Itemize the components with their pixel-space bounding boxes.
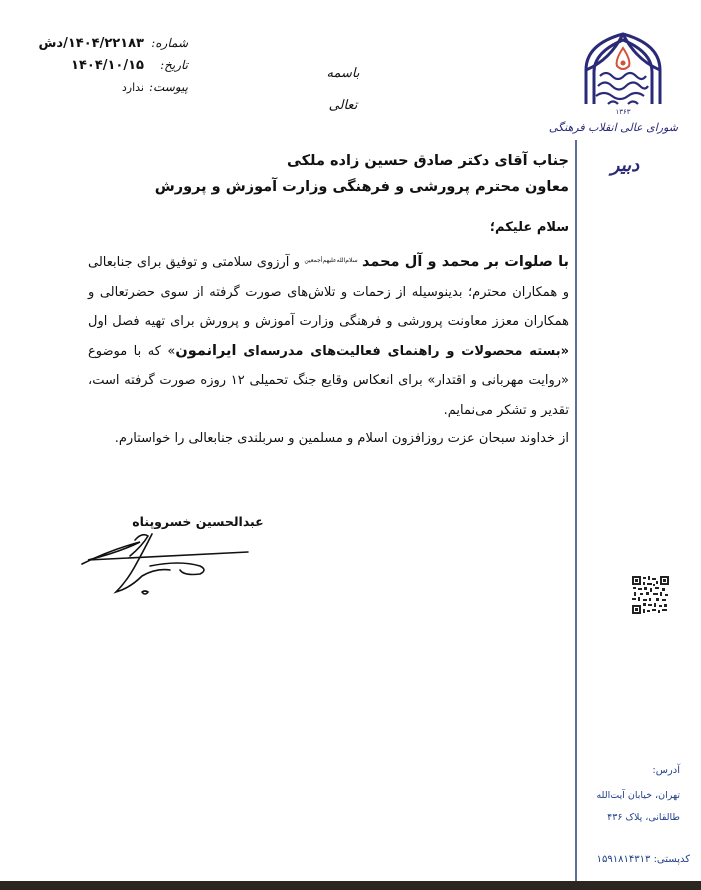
- recipient-name: جناب آقای دکتر صادق حسین زاده ملکی: [155, 148, 569, 174]
- date-value: ۱۴۰۴/۱۰/۱۵: [71, 58, 144, 73]
- recipient-block: جناب آقای دکتر صادق حسین زاده ملکی معاون…: [155, 148, 569, 200]
- greeting: سلام علیکم؛: [490, 220, 569, 235]
- office-title: دبیر: [595, 155, 655, 176]
- number-value: ۱۴۰۴/۲۲۱۸۳/دش: [38, 36, 144, 51]
- letter-metadata: شماره: ۱۴۰۴/۲۲۱۸۳/دش تاریخ: ۱۴۰۴/۱۰/۱۵ پ…: [28, 36, 188, 102]
- date-label: تاریخ:: [152, 58, 188, 72]
- address-line-1: تهران، خیابان آیت‌الله: [580, 790, 680, 801]
- salawat: با صلوات بر محمد و آل محمد: [362, 254, 569, 270]
- number-label: شماره:: [152, 36, 188, 50]
- signer-name: عبدالحسین خسروپناه: [128, 514, 268, 529]
- basmala-calligraphy: باسمه تعالی: [318, 58, 368, 90]
- salawat-honorific: سلام‌الله‌علیهم‌أجمعین: [304, 257, 357, 264]
- letter-body: با صلوات بر محمد و آل محمد سلام‌الله‌علی…: [88, 246, 569, 425]
- recipient-title: معاون محترم پرورشی و فرهنگی وزارت آموزش …: [155, 174, 569, 200]
- margin-rule: [575, 140, 577, 885]
- logo-year: ۱۳۶۳: [608, 108, 638, 116]
- closing-line: از خداوند سبحان عزت روزافزون اسلام و مسل…: [88, 431, 569, 446]
- attachment-value: ندارد: [122, 81, 144, 94]
- scan-edge-bar: [0, 881, 701, 890]
- attachment-row: پیوست: ندارد: [28, 80, 188, 102]
- package-name: ایرانمون: [175, 343, 236, 359]
- postal-code: کدپستی: ۱۵۹۱۸۱۴۳۱۳: [578, 854, 690, 865]
- postal-value: ۱۵۹۱۸۱۴۳۱۳: [597, 854, 651, 865]
- attachment-label: پیوست:: [152, 80, 188, 94]
- postal-label: کدپستی:: [654, 854, 690, 865]
- letter-number-row: شماره: ۱۴۰۴/۲۲۱۸۳/دش: [28, 36, 188, 58]
- address-label: آدرس:: [580, 765, 680, 776]
- council-logo-icon: [580, 30, 666, 108]
- letter-page: شماره: ۱۴۰۴/۲۲۱۸۳/دش تاریخ: ۱۴۰۴/۱۰/۱۵ پ…: [0, 0, 701, 890]
- organization-name: شورای عالی انقلاب فرهنگی: [578, 121, 678, 134]
- handwritten-signature-icon: [80, 530, 260, 600]
- package-title: «بسته محصولات و راهنمای فعالیت‌های مدرسه…: [236, 344, 569, 359]
- letter-date-row: تاریخ: ۱۴۰۴/۱۰/۱۵: [28, 58, 188, 80]
- qr-code-icon[interactable]: [632, 576, 669, 614]
- address-line-2: طالقانی، پلاک ۴۳۶: [580, 812, 680, 823]
